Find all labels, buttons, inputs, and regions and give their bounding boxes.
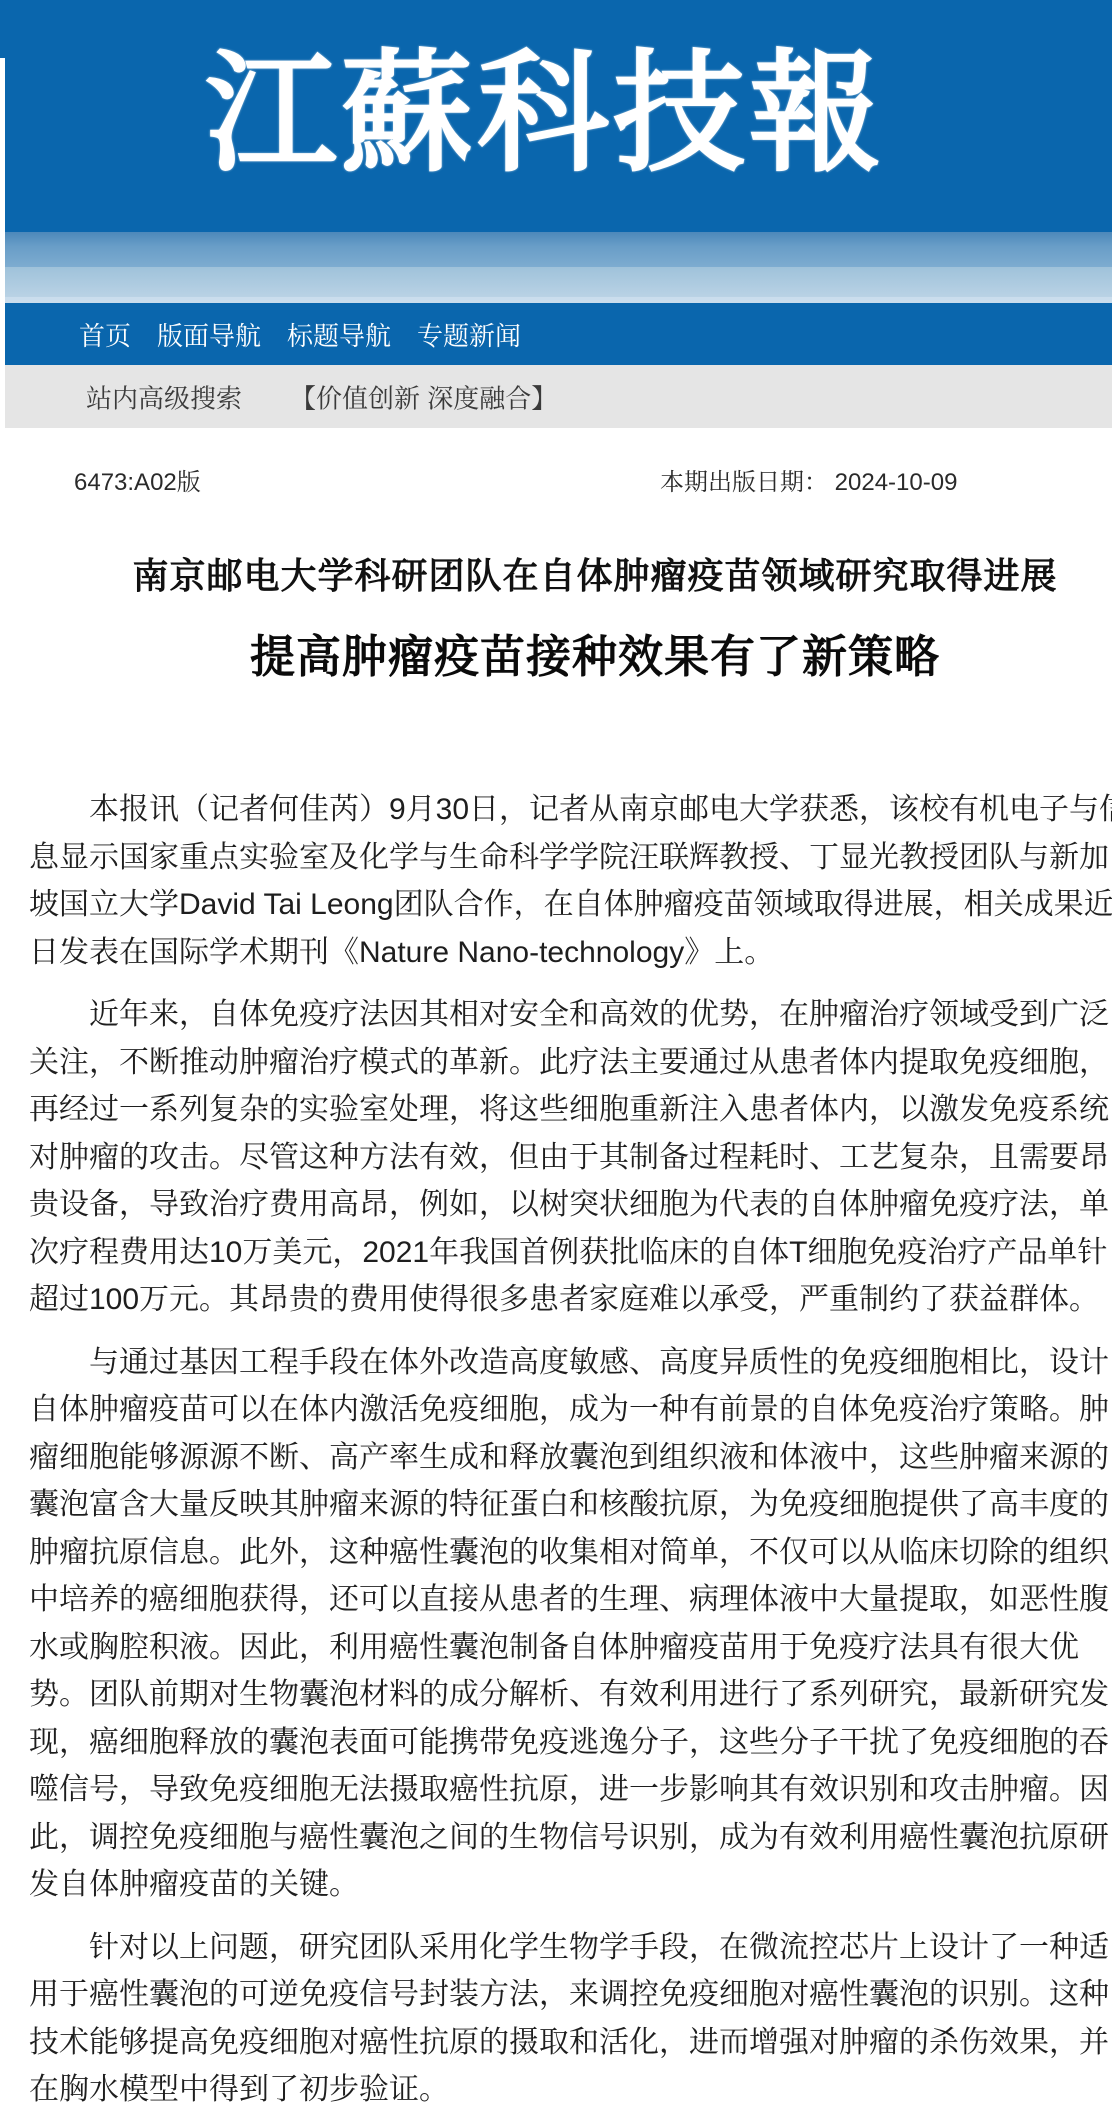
article-line: 坡国立大学David Tai Leong团队合作，在自体肿瘤疫苗领域取得进展，相… — [29, 881, 1112, 929]
main-navbar: 首页 版面导航 标题导航 专题新闻 — [0, 303, 1112, 365]
divider-band-dark — [0, 232, 1112, 267]
article-line: 瘤细胞能够源源不断、高产率生成和释放囊泡到组织液和体液中，这些肿瘤来源的 — [29, 1434, 1112, 1482]
article-line: 技术能够提高免疫细胞对癌性抗原的摄取和活化，进而增强对肿瘤的杀伤效果，并 — [29, 2019, 1112, 2067]
article-line: 本报讯（记者何佳芮）9月30日，记者从南京邮电大学获悉，该校有机电子与信 — [29, 786, 1112, 834]
nav-item-special-news[interactable]: 专题新闻 — [417, 316, 521, 353]
article-paragraph: 近年来，自体免疫疗法因其相对安全和高效的优势，在肿瘤治疗领域受到广泛关注，不断推… — [29, 991, 1112, 1324]
article-headline: 提高肿瘤疫苗接种效果有了新策略 — [5, 620, 1112, 685]
article-line: 发自体肿瘤疫苗的关键。 — [29, 1861, 1112, 1909]
article-line: 自体肿瘤疫苗可以在体内激活免疫细胞，成为一种有前景的自体免疫治疗策略。肿 — [29, 1386, 1112, 1434]
article-line: 关注，不断推动肿瘤治疗模式的革新。此疗法主要通过从患者体内提取免疫细胞， — [29, 1039, 1112, 1087]
sub-navbar: 站内高级搜索 【价值创新 深度融合】 — [0, 365, 1112, 428]
article-line: 囊泡富含大量反映其肿瘤来源的特征蛋白和核酸抗原，为免疫细胞提供了高丰度的 — [29, 1481, 1112, 1529]
divider-band-light — [0, 267, 1112, 297]
article-line: 再经过一系列复杂的实验室处理，将这些细胞重新注入患者体内，以激发免疫系统 — [29, 1086, 1112, 1134]
article-paragraph: 与通过基因工程手段在体外改造高度敏感、高度异质性的免疫细胞相比，设计自体肿瘤疫苗… — [29, 1339, 1112, 1909]
article-line: 噬信号，导致免疫细胞无法摄取癌性抗原，进一步影响其有效识别和攻击肿瘤。因 — [29, 1766, 1112, 1814]
newspaper-logo[interactable]: 江蘇科技報 — [205, 36, 885, 194]
article-body: 本报讯（记者何佳芮）9月30日，记者从南京邮电大学获悉，该校有机电子与信息显示国… — [0, 786, 1112, 2114]
article-kicker: 南京邮电大学科研团队在自体肿瘤疫苗领域研究取得进展 — [5, 548, 1112, 599]
article-line: 次疗程费用达10万美元，2021年我国首例获批临床的自体T细胞免疫治疗产品单针 — [29, 1229, 1112, 1277]
slogan-text: 【价值创新 深度融合】 — [290, 378, 557, 415]
masthead-banner: 江蘇科技報 — [0, 0, 1112, 232]
article-line: 针对以上问题，研究团队采用化学生物学手段，在微流控芯片上设计了一种适 — [29, 1924, 1112, 1972]
article-line: 贵设备，导致治疗费用高昂，例如，以树突状细胞为代表的自体肿瘤免疫疗法，单 — [29, 1181, 1112, 1229]
article-line: 日发表在国际学术期刊《Nature Nano-technology》上。 — [29, 929, 1112, 977]
page-left-margin — [0, 58, 5, 428]
site-advanced-search-link[interactable]: 站内高级搜索 — [86, 378, 242, 415]
issue-page-label: 6473:A02版 — [74, 462, 201, 497]
article-line: 现，癌细胞释放的囊泡表面可能携带免疫逃逸分子，这些分子干扰了免疫细胞的吞 — [29, 1719, 1112, 1767]
article-line: 中培养的癌细胞获得，还可以直接从患者的生理、病理体液中大量提取，如恶性腹 — [29, 1576, 1112, 1624]
article-line: 超过100万元。其昂贵的费用使得很多患者家庭难以承受，严重制约了获益群体。 — [29, 1276, 1112, 1324]
article-line: 近年来，自体免疫疗法因其相对安全和高效的优势，在肿瘤治疗领域受到广泛 — [29, 991, 1112, 1039]
article-paragraph: 本报讯（记者何佳芮）9月30日，记者从南京邮电大学获悉，该校有机电子与信息显示国… — [29, 786, 1112, 976]
article-line: 用于癌性囊泡的可逆免疫信号封装方法，来调控免疫细胞对癌性囊泡的识别。这种 — [29, 1971, 1112, 2019]
article-line: 水或胸腔积液。因此，利用癌性囊泡制备自体肿瘤疫苗用于免疫疗法具有很大优 — [29, 1624, 1112, 1672]
article-line: 此，调控免疫细胞与癌性囊泡之间的生物信号识别，成为有效利用癌性囊泡抗原研 — [29, 1814, 1112, 1862]
issue-date-label: 本期出版日期： 2024-10-09 — [660, 462, 957, 497]
nav-item-layout-nav[interactable]: 版面导航 — [157, 316, 261, 353]
nav-item-home[interactable]: 首页 — [79, 316, 131, 353]
article-line: 在胸水模型中得到了初步验证。 — [29, 2066, 1112, 2114]
article-line: 肿瘤抗原信息。此外，这种癌性囊泡的收集相对简单，不仅可以从临床切除的组织 — [29, 1529, 1112, 1577]
article-line: 与通过基因工程手段在体外改造高度敏感、高度异质性的免疫细胞相比，设计 — [29, 1339, 1112, 1387]
article-line: 息显示国家重点实验室及化学与生命科学学院汪联辉教授、丁显光教授团队与新加 — [29, 834, 1112, 882]
nav-item-title-nav[interactable]: 标题导航 — [287, 316, 391, 353]
article-line: 对肿瘤的攻击。尽管这种方法有效，但由于其制备过程耗时、工艺复杂，且需要昂 — [29, 1134, 1112, 1182]
article-paragraph: 针对以上问题，研究团队采用化学生物学手段，在微流控芯片上设计了一种适用于癌性囊泡… — [29, 1924, 1112, 2114]
article-line: 势。团队前期对生物囊泡材料的成分解析、有效利用进行了系列研究，最新研究发 — [29, 1671, 1112, 1719]
newspaper-page: 江蘇科技報 首页 版面导航 标题导航 专题新闻 站内高级搜索 【价值创新 深度融… — [0, 0, 1112, 2121]
